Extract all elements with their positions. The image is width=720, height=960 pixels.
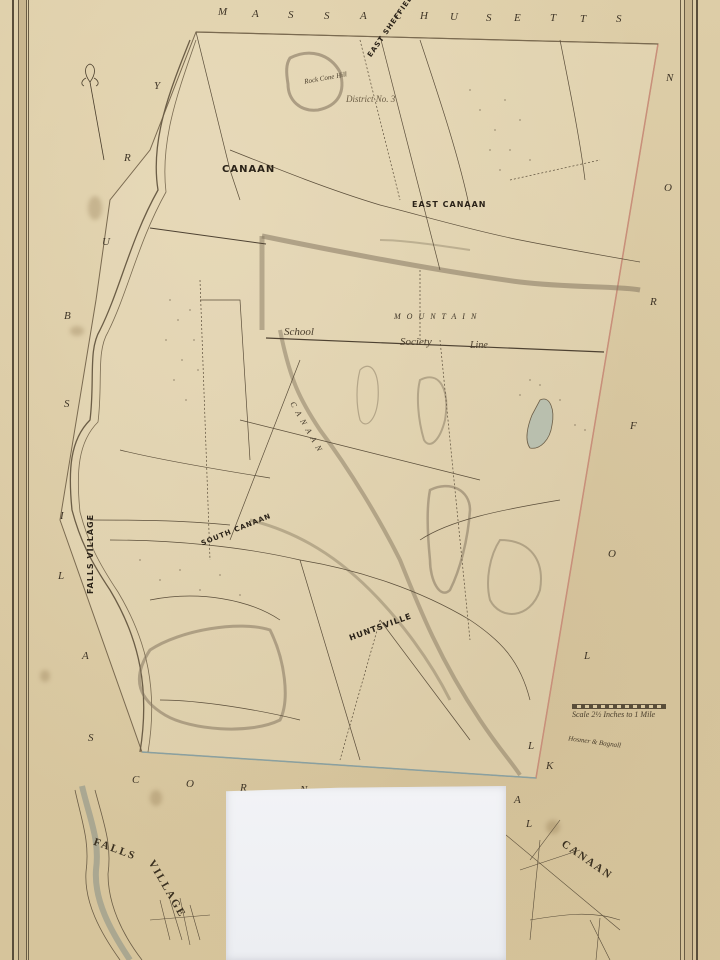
state-letter: R bbox=[650, 296, 658, 308]
town-boundary bbox=[60, 32, 658, 778]
state-letter: R bbox=[124, 152, 132, 164]
state-letter: T bbox=[580, 13, 587, 25]
label-mountain: MOUNTAIN bbox=[394, 312, 482, 321]
state-letter: T bbox=[550, 12, 557, 24]
state-letter: A bbox=[252, 8, 260, 20]
state-letter: O bbox=[664, 182, 673, 194]
map-sheet: M A S S A C H U S E T T S S A L I S B U … bbox=[0, 0, 720, 960]
state-letter: U bbox=[102, 236, 111, 248]
village-label-falls-village: FALLS VILLAGE bbox=[86, 514, 95, 594]
compass-fleur-icon bbox=[82, 64, 104, 160]
inset-canaan-drawing bbox=[500, 820, 620, 960]
state-letter: I bbox=[60, 510, 65, 522]
state-letter: E bbox=[514, 12, 522, 24]
state-letter: S bbox=[288, 9, 295, 21]
label-society: Society bbox=[400, 336, 432, 348]
state-letter: N bbox=[666, 72, 674, 84]
label-district: District No. 3 bbox=[346, 94, 395, 104]
state-letter: O bbox=[186, 778, 195, 790]
state-letter: Y bbox=[154, 80, 161, 92]
state-letter: S bbox=[616, 13, 623, 25]
state-letter: L bbox=[58, 570, 65, 582]
state-letter: H bbox=[420, 10, 429, 22]
state-letter: B bbox=[64, 310, 72, 322]
village-label-canaan: CANAAN bbox=[222, 164, 275, 175]
state-letter: A bbox=[82, 650, 90, 662]
inset-falls-village-drawing bbox=[75, 786, 210, 960]
label-school: School bbox=[284, 326, 314, 338]
state-letter: A bbox=[360, 10, 368, 22]
scale-text: Scale 2½ Inches to 1 Mile bbox=[572, 710, 655, 719]
state-letter: F bbox=[630, 420, 638, 432]
state-letter: L bbox=[528, 740, 535, 752]
state-letter: L bbox=[526, 818, 533, 830]
village-label-east-canaan: EAST CANAAN bbox=[412, 200, 487, 209]
state-letter: S bbox=[324, 10, 331, 22]
state-letter: K bbox=[546, 760, 554, 772]
state-letter: A bbox=[514, 794, 522, 806]
state-letter: U bbox=[450, 11, 459, 23]
state-letter: C bbox=[132, 774, 140, 786]
scale-bar bbox=[572, 704, 666, 709]
state-letter: S bbox=[64, 398, 71, 410]
paper-patch bbox=[226, 786, 506, 960]
state-letter: L bbox=[584, 650, 591, 662]
state-letter: S bbox=[88, 732, 95, 744]
state-letter: O bbox=[608, 548, 617, 560]
state-letter: M bbox=[218, 6, 228, 18]
state-letter: S bbox=[486, 12, 493, 24]
label-line: Line bbox=[470, 340, 488, 351]
